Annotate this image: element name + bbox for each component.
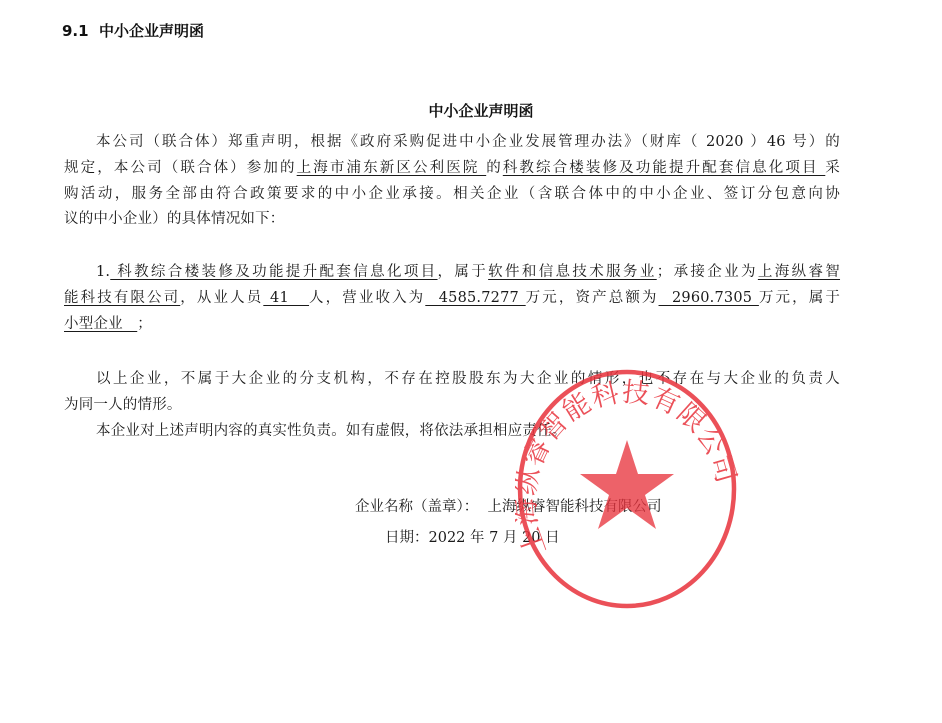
employees-label: ，从业人员: [180, 290, 263, 306]
document-title: 中小企业声明函: [0, 100, 942, 121]
intro-line-2: 规定，本公司（联合体）参加的上海市浦东新区公利医院 的科教综合楼装修及功能提升配…: [64, 158, 840, 178]
section-title: 中小企业声明函: [99, 22, 204, 40]
industry: 软件和信息技术服务业: [488, 264, 657, 280]
employees-unit: 人，营业收入为: [309, 290, 425, 306]
item-number: 1.: [96, 264, 110, 280]
company-name: 上海纵睿智能科技有限公司: [487, 499, 661, 515]
assets-unit: 万元，属于: [759, 290, 840, 306]
seal-icon: 上海纵睿智能科技有限公司: [515, 368, 739, 610]
belongs-label: ，属于: [438, 264, 489, 280]
contractor-name-part2: 能科技有限公司: [64, 290, 180, 306]
enterprise-size-type: 小型企业: [64, 316, 137, 332]
section-number: 9.1: [62, 22, 89, 40]
intro-line-3: 购活动，服务全部由符合政策要求的中小企业承接。相关企业（含联合体中的中小企业、签…: [64, 184, 840, 204]
statement-line-2: 为同一人的情形。: [64, 395, 182, 415]
assets-value: 2960.7305: [659, 290, 759, 306]
item-1-line-3: 小型企业 ；: [64, 314, 152, 334]
date-label: 日期：: [385, 530, 429, 546]
contractor-name-part1: 上海纵睿智: [758, 264, 840, 280]
employees-count: 41: [263, 290, 309, 306]
intro-line-4: 议的中小企业）的具体情况如下：: [64, 209, 285, 229]
date-value: 2022 年 7 月 20 日: [429, 530, 560, 546]
project-name: 科教综合楼装修及功能提升配套信息化项目: [503, 160, 825, 176]
signature-company: 企业名称（盖章）： 上海纵睿智能科技有限公司: [355, 497, 661, 517]
intro-line-1: 本公司（联合体）郑重声明，根据《政府采购促进中小企业发展管理办法》（财库（ 20…: [96, 132, 840, 152]
revenue-value: 4585.7277: [425, 290, 525, 306]
item-1-line-1: 1. 科教综合楼装修及功能提升配套信息化项目，属于软件和信息技术服务业；承接企业…: [96, 262, 840, 282]
revenue-unit: 万元，资产总额为: [526, 290, 659, 306]
company-label: 企业名称（盖章）：: [355, 499, 478, 515]
signature-date: 日期：2022 年 7 月 20 日: [385, 528, 560, 548]
purchaser-name: 上海市浦东新区公利医院: [297, 160, 487, 176]
intro-line-2-suffix: 采: [825, 160, 840, 176]
item-1-line-2: 能科技有限公司，从业人员 41 人，营业收入为 4585.7277 万元，资产总…: [64, 288, 840, 308]
company-seal-stamp: 上海纵睿智能科技有限公司: [515, 368, 739, 610]
contractor-label: ；承接企业为: [657, 264, 758, 280]
section-heading: 9.1 中小企业声明函: [62, 20, 204, 41]
item-project-name: 科教综合楼装修及功能提升配套信息化项目: [110, 264, 437, 280]
intro-line-2-prefix: 规定，本公司（联合体）参加的: [64, 160, 297, 176]
item-end: ；: [137, 316, 152, 332]
statement-line-3: 本企业对上述声明内容的真实性负责。如有虚假，将依法承担相应责任。: [96, 421, 840, 441]
statement-line-1: 以上企业，不属于大企业的分支机构，不存在控股股东为大企业的情形，也不存在与大企业…: [96, 369, 840, 389]
intro-line-2-middle: 的: [486, 160, 503, 176]
